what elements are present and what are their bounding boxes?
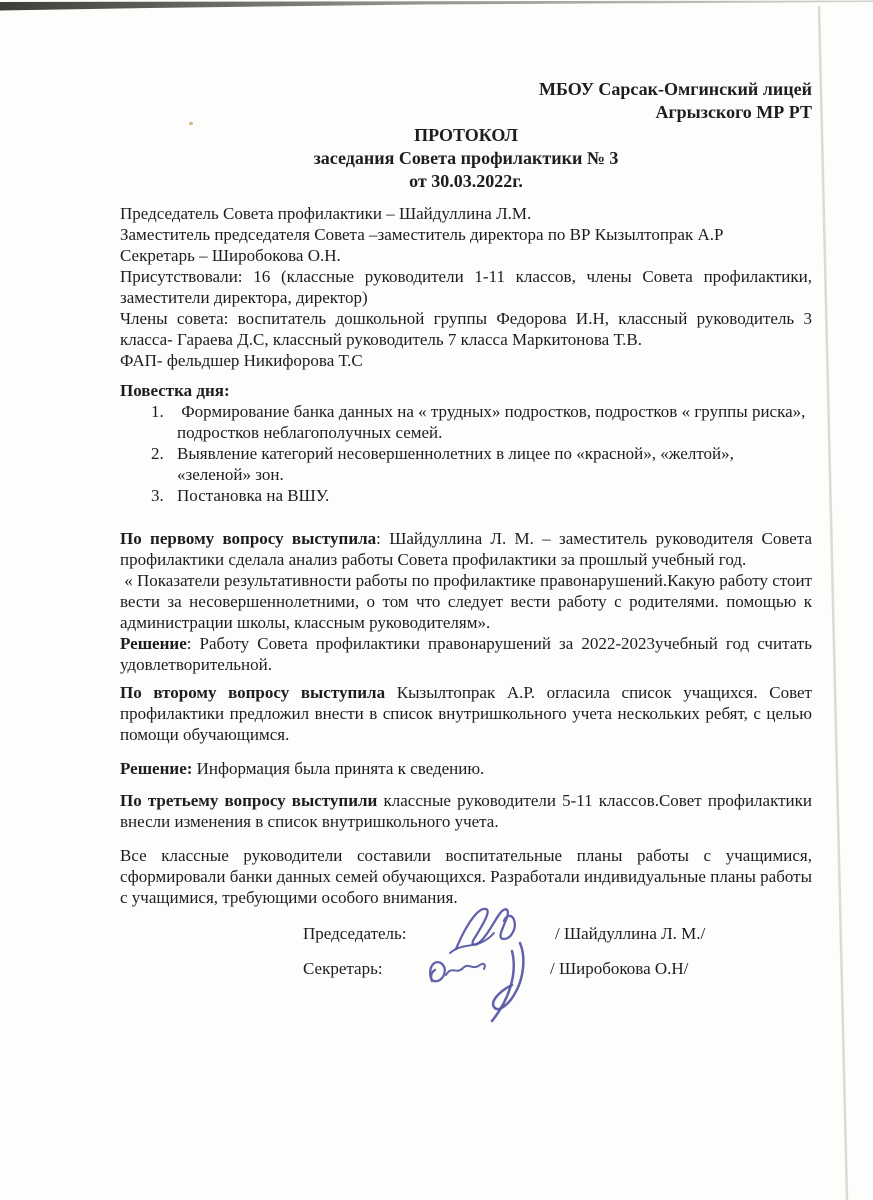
signature-name: / Широбокова О.Н/ xyxy=(550,958,688,979)
section-question1: По первому вопросу выступила: Шайдуллина… xyxy=(120,528,812,633)
agenda-item: 3. Постановка на ВШУ. xyxy=(120,485,812,506)
section-lead: По второму вопросу выступила xyxy=(120,683,385,702)
signature-block: Председатель: / Шайдуллина Л. М./ Секрет… xyxy=(120,923,812,1063)
section-question3: По третьему вопросу выступили классные р… xyxy=(120,790,812,832)
document-content: МБОУ Сарсак-Омгинский лицей Агрызского М… xyxy=(120,78,812,1063)
section-resolution1: Решение: Работу Совета профилактики прав… xyxy=(120,633,812,675)
agenda-item-number: 3. xyxy=(151,485,164,506)
section-text: Информация была принята к сведению. xyxy=(192,759,484,778)
section-lead: По третьему вопросу выступили xyxy=(120,791,377,810)
agenda-item-number: 1. xyxy=(151,401,164,422)
agenda-item: 2. Выявление категорий несовершеннолетни… xyxy=(120,443,812,485)
document-title: ПРОТОКОЛ xyxy=(120,124,812,147)
section-text: : Работу Совета профилактики правонаруше… xyxy=(120,634,812,674)
section-resolution2: Решение: Информация была принята к сведе… xyxy=(120,758,812,779)
scanned-protocol-document: МБОУ Сарсак-Омгинский лицей Агрызского М… xyxy=(0,0,873,1200)
signature-role: Секретарь: xyxy=(303,958,383,979)
participants-block: Председатель Совета профилактики – Шайду… xyxy=(120,203,812,371)
org-name-line1: МБОУ Сарсак-Омгинский лицей xyxy=(120,78,812,101)
agenda-item-text: Постановка на ВШУ. xyxy=(177,486,329,505)
document-subtitle: заседания Совета профилактики № 3 xyxy=(120,147,812,170)
scan-edge-top xyxy=(0,0,873,14)
section-question2: По второму вопросу выступила Кызылтопрак… xyxy=(120,682,812,745)
section-lead: По первому вопросу выступила xyxy=(120,529,376,548)
document-date: от 30.03.2022г. xyxy=(120,170,812,193)
agenda-list: 1. Формирование банка данных на « трудны… xyxy=(120,401,812,506)
agenda-item: 1. Формирование банка данных на « трудны… xyxy=(120,401,812,443)
signature-scribble xyxy=(420,895,560,1035)
section-lead: Решение: xyxy=(120,759,192,778)
section-lead: Решение xyxy=(120,634,187,653)
agenda-item-text: Выявление категорий несовершеннолетних в… xyxy=(177,444,734,484)
agenda-item-number: 2. xyxy=(151,443,164,464)
agenda-item-text: Формирование банка данных на « трудных» … xyxy=(177,402,805,442)
agenda-heading: Повестка дня: xyxy=(120,380,812,401)
org-name-line2: Агрызского МР РТ xyxy=(120,101,812,124)
signature-role: Председатель: xyxy=(303,923,407,944)
signature-name: / Шайдуллина Л. М./ xyxy=(555,923,705,944)
